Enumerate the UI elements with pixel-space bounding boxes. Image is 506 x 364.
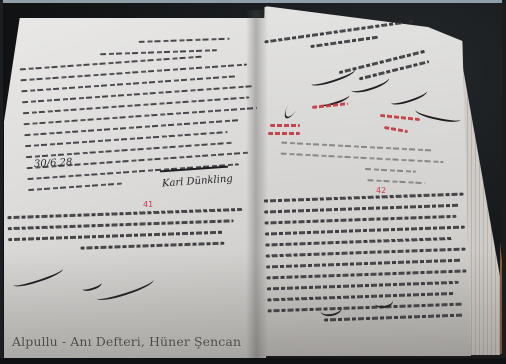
photo-caption: Alpullu - Anı Defteri, Hüner Şencan bbox=[12, 334, 241, 349]
frame-bottom-border bbox=[0, 358, 506, 364]
frame-left-border bbox=[0, 0, 3, 364]
red-ink-note-left bbox=[270, 124, 300, 127]
notebook-photo: 30/6.28 Karl Dünkling 41 42 bbox=[0, 0, 506, 364]
frame-top-border bbox=[0, 0, 506, 3]
right-page-faint-text bbox=[279, 142, 451, 195]
red-ink-note-left-2 bbox=[268, 132, 300, 135]
left-page-number: 41 bbox=[143, 200, 153, 209]
frame-right-border bbox=[502, 0, 506, 364]
entry-date: 30/6.28 bbox=[34, 157, 73, 170]
